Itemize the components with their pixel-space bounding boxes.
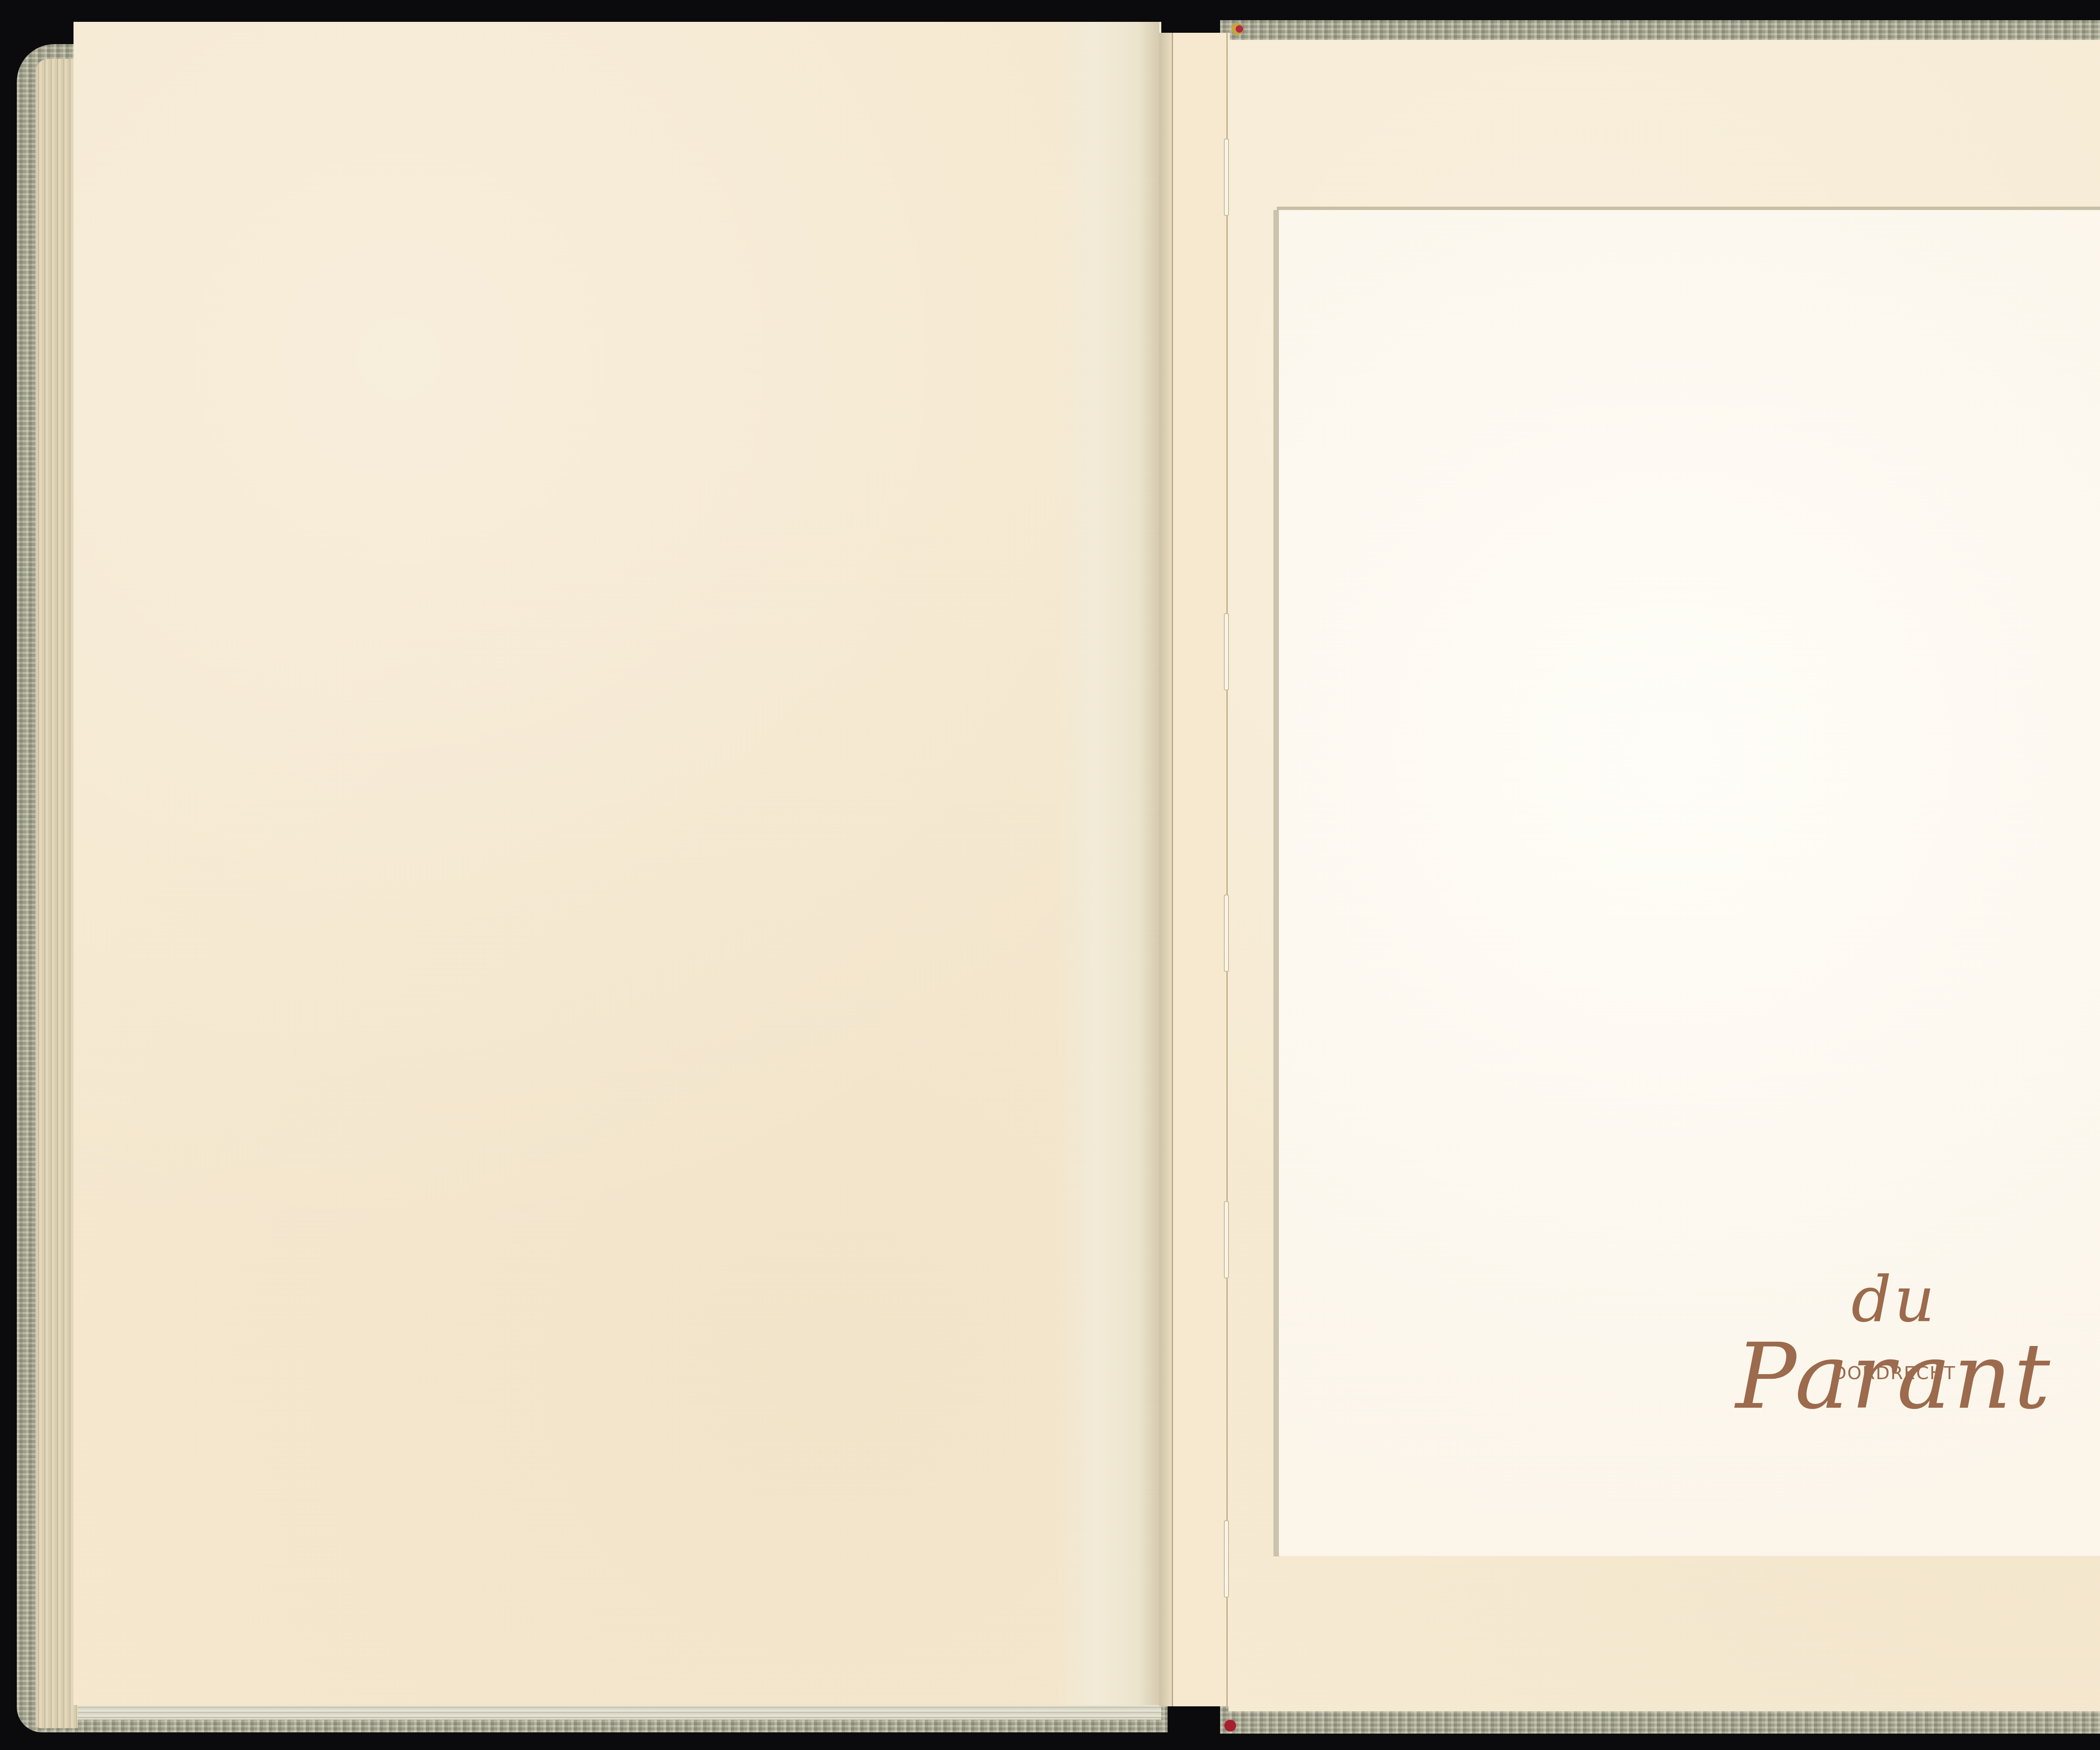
binding-stitch bbox=[1224, 895, 1229, 972]
binding-stitch-line bbox=[1226, 33, 1228, 1706]
gutter-shadow bbox=[1159, 33, 1172, 1706]
card-shadow-left bbox=[1273, 210, 1279, 1556]
thread-end-bottom bbox=[1224, 1720, 1236, 1732]
left-page-bottom-edge bbox=[78, 1703, 1161, 1720]
left-page-fore-edge bbox=[36, 59, 78, 1728]
gutter-strip bbox=[1172, 33, 1230, 1706]
imprint-city: DORDRECHT bbox=[1739, 1363, 2050, 1384]
left-page bbox=[73, 22, 1161, 1705]
left-page-flyleaf-edge bbox=[1054, 22, 1159, 1705]
binding-stitch bbox=[1224, 139, 1229, 216]
imprint-brand: du Parant bbox=[1697, 1268, 2092, 1422]
binding-stitch bbox=[1224, 613, 1229, 690]
thread-end-top-red bbox=[1236, 25, 1243, 33]
binding-stitch bbox=[1224, 1520, 1229, 1598]
binding-stitch bbox=[1224, 1201, 1229, 1278]
